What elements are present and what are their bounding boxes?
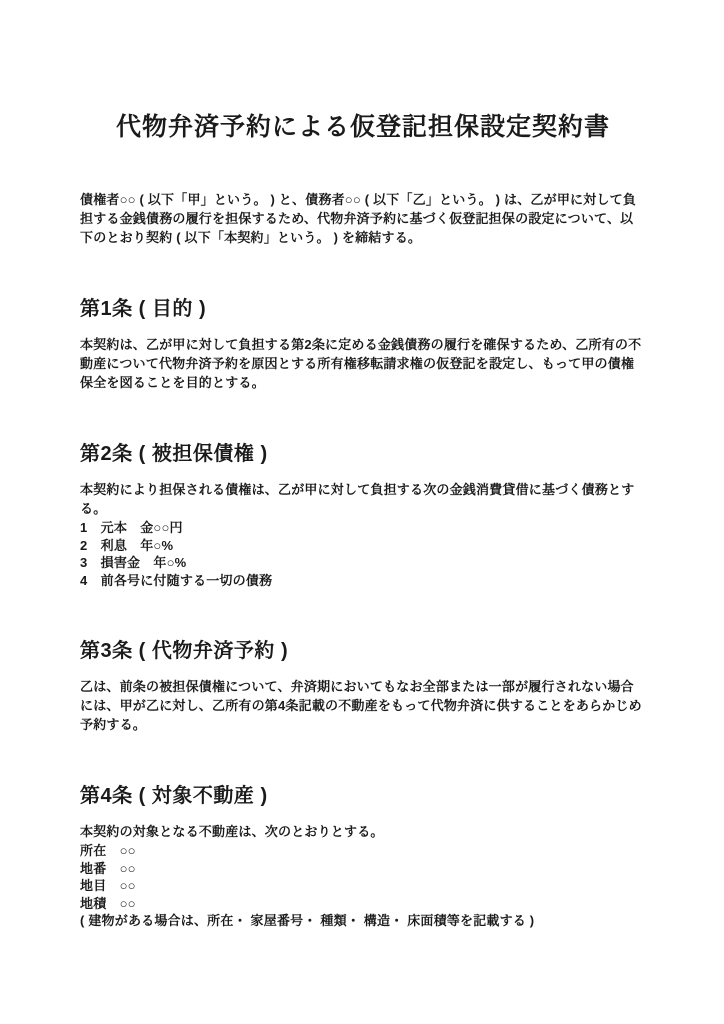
article-1-body: 本契約は、乙が甲に対して負担する第2条に定める金銭債務の履行を確保するため、乙所… xyxy=(80,335,646,392)
article-4-body: 本契約の対象となる不動産は、次のとおりとする。 xyxy=(80,822,646,841)
contract-document-page: 代物弁済予約による仮登記担保設定契約書 債権者○○ ( 以下「甲」という。 ) … xyxy=(0,0,724,1024)
article-2-body: 本契約により担保される債権は、乙が甲に対して負担する次の金銭消費貸借に基づく債務… xyxy=(80,480,646,518)
article-4-heading: 第4条 ( 対象不動産 ) xyxy=(80,784,646,809)
article-2-heading: 第2条 ( 被担保債権 ) xyxy=(80,442,646,467)
claim-item-principal: 1 元本 金○○円 xyxy=(80,519,646,537)
article-3-body: 乙は、前条の被担保債権について、弁済期においてもなお全部または一部が履行されない… xyxy=(80,677,646,734)
property-item-land-category: 地目 ○○ xyxy=(80,877,646,895)
property-item-lot-number: 地番 ○○ xyxy=(80,860,646,878)
property-item-location: 所在 ○○ xyxy=(80,842,646,860)
building-note: ( 建物がある場合は、所在・ 家屋番号・ 種類・ 構造・ 床面積等を記載する ) xyxy=(80,912,646,930)
article-1-purpose: 第1条 ( 目的 ) 本契約は、乙が甲に対して負担する第2条に定める金銭債務の履… xyxy=(80,297,646,392)
property-item-land-area: 地積 ○○ xyxy=(80,895,646,913)
secured-claims-list: 1 元本 金○○円 2 利息 年○% 3 損害金 年○% 4 前各号に付随する一… xyxy=(80,519,646,589)
claim-item-incidental: 4 前各号に付随する一切の債務 xyxy=(80,572,646,590)
intro-paragraph: 債権者○○ ( 以下「甲」という。 ) と、債務者○○ ( 以下「乙」という。 … xyxy=(80,190,646,247)
article-3-heading: 第3条 ( 代物弁済予約 ) xyxy=(80,639,646,664)
article-2-secured-claims: 第2条 ( 被担保債権 ) 本契約により担保される債権は、乙が甲に対して負担する… xyxy=(80,442,646,589)
claim-item-interest: 2 利息 年○% xyxy=(80,537,646,555)
document-title: 代物弁済予約による仮登記担保設定契約書 xyxy=(80,112,646,142)
property-detail-list: 所在 ○○ 地番 ○○ 地目 ○○ 地積 ○○ ( 建物がある場合は、所在・ 家… xyxy=(80,842,646,930)
claim-item-damages: 3 損害金 年○% xyxy=(80,554,646,572)
article-4-target-property: 第4条 ( 対象不動産 ) 本契約の対象となる不動産は、次のとおりとする。 所在… xyxy=(80,784,646,930)
article-1-heading: 第1条 ( 目的 ) xyxy=(80,297,646,322)
article-3-substitute-performance: 第3条 ( 代物弁済予約 ) 乙は、前条の被担保債権について、弁済期においてもな… xyxy=(80,639,646,734)
